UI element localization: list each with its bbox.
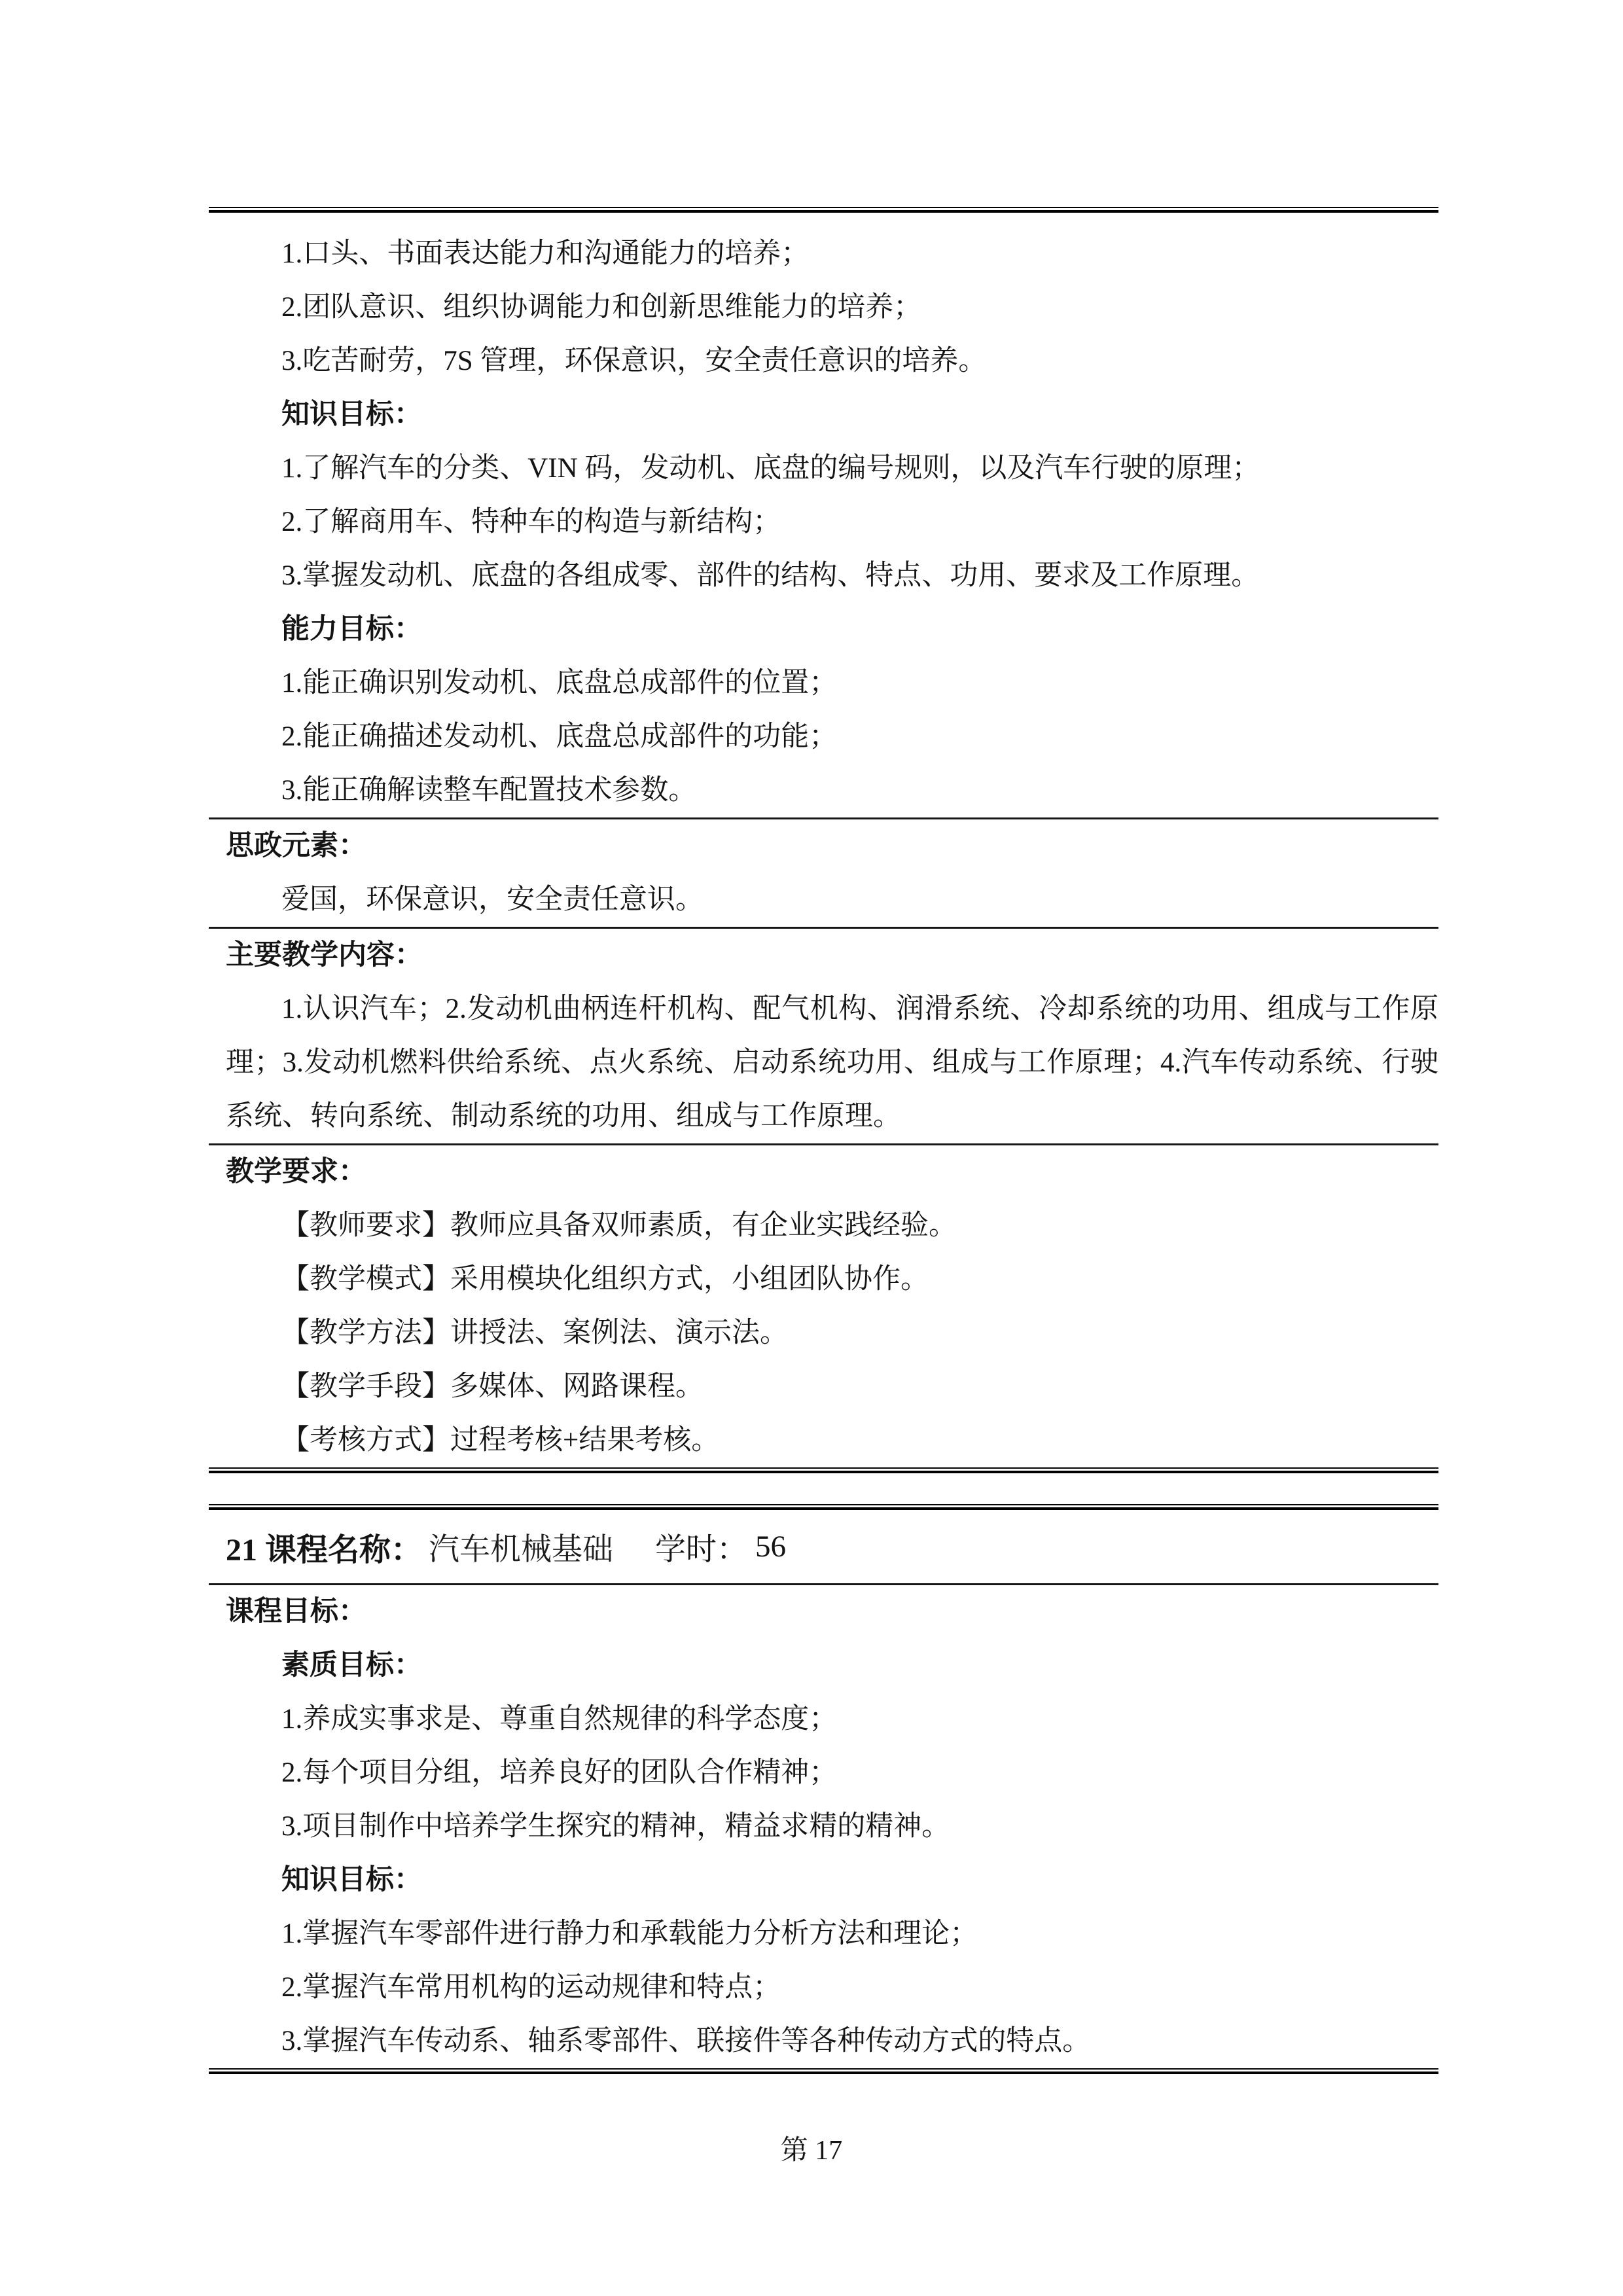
course-goals-heading: 课程目标： (209, 1585, 1438, 1639)
course-number-label: 21 课程名称： (226, 1524, 422, 1570)
ideology-elements-heading: 思政元素： (209, 819, 1438, 873)
list-item: 2.团队意识、组织协调能力和创新思维能力的培养； (209, 281, 1438, 334)
list-item: 3.能正确解读整车配置技术参数。 (209, 764, 1438, 817)
spacer (209, 1473, 1438, 1504)
ideology-elements-text: 爱国，环保意识，安全责任意识。 (209, 873, 1438, 927)
list-item: 1.口头、书面表达能力和沟通能力的培养； (209, 227, 1438, 281)
knowledge-goals-heading: 知识目标： (209, 1854, 1438, 1907)
top-double-rule (209, 207, 1438, 213)
teaching-requirement-item: 【教师要求】教师应具备双师素质，有企业实践经验。 (209, 1199, 1438, 1253)
list-item: 1.掌握汽车零部件进行静力和承载能力分析方法和理论； (209, 1907, 1438, 1961)
ability-goals-heading: 能力目标： (209, 603, 1438, 656)
teaching-requirement-item: 【教学方法】讲授法、案例法、演示法。 (209, 1306, 1438, 1360)
document-page: 1.口头、书面表达能力和沟通能力的培养； 2.团队意识、组织协调能力和创新思维能… (0, 0, 1623, 2296)
list-item: 3.掌握发动机、底盘的各组成零、部件的结构、特点、功用、要求及工作原理。 (209, 549, 1438, 603)
spacer (209, 213, 1438, 227)
list-item: 2.每个项目分组，培养良好的团队合作精神； (209, 1746, 1438, 1800)
teaching-requirement-item: 【教学模式】采用模块化组织方式，小组团队协作。 (209, 1253, 1438, 1306)
course-hours-value: 56 (755, 1529, 786, 1564)
knowledge-goals-heading: 知识目标： (209, 388, 1438, 442)
list-item: 1.能正确识别发动机、底盘总成部件的位置； (209, 656, 1438, 710)
teaching-requirements-heading: 教学要求： (209, 1145, 1438, 1199)
course-name: 汽车机械基础 (429, 1525, 613, 1569)
teaching-requirement-item: 【教学手段】多媒体、网路课程。 (209, 1360, 1438, 1414)
list-item: 1.了解汽车的分类、VIN 码，发动机、底盘的编号规则，以及汽车行驶的原理； (209, 442, 1438, 495)
content-column: 1.口头、书面表达能力和沟通能力的培养； 2.团队意识、组织协调能力和创新思维能… (209, 207, 1438, 2074)
list-item: 2.掌握汽车常用机构的运动规律和特点； (209, 1961, 1438, 2015)
course-title-row: 21 课程名称： 汽车机械基础 学时： 56 (209, 1510, 1438, 1583)
list-item: 2.能正确描述发动机、底盘总成部件的功能； (209, 710, 1438, 764)
list-item: 2.了解商用车、特种车的构造与新结构； (209, 495, 1438, 549)
block-end-double-rule (209, 1467, 1438, 1473)
quality-goals-heading: 素质目标： (209, 1639, 1438, 1693)
list-item: 3.掌握汽车传动系、轴系零部件、联接件等各种传动方式的特点。 (209, 2015, 1438, 2068)
page-number: 第 17 (0, 2128, 1623, 2168)
teaching-requirement-item: 【考核方式】过程考核+结果考核。 (209, 1414, 1438, 1467)
teaching-content-heading: 主要教学内容： (209, 929, 1438, 982)
teaching-content-paragraph: 1.认识汽车；2.发动机曲柄连杆机构、配气机构、润滑系统、冷却系统的功用、组成与… (209, 982, 1438, 1143)
list-item: 1.养成实事求是、尊重自然规律的科学态度； (209, 1693, 1438, 1746)
bottom-double-rule (209, 2068, 1438, 2074)
list-item: 3.吃苦耐劳，7S 管理，环保意识，安全责任意识的培养。 (209, 334, 1438, 388)
course-hours-label: 学时： (655, 1525, 747, 1569)
list-item: 3.项目制作中培养学生探究的精神，精益求精的精神。 (209, 1800, 1438, 1854)
block-start-double-rule (209, 1504, 1438, 1510)
